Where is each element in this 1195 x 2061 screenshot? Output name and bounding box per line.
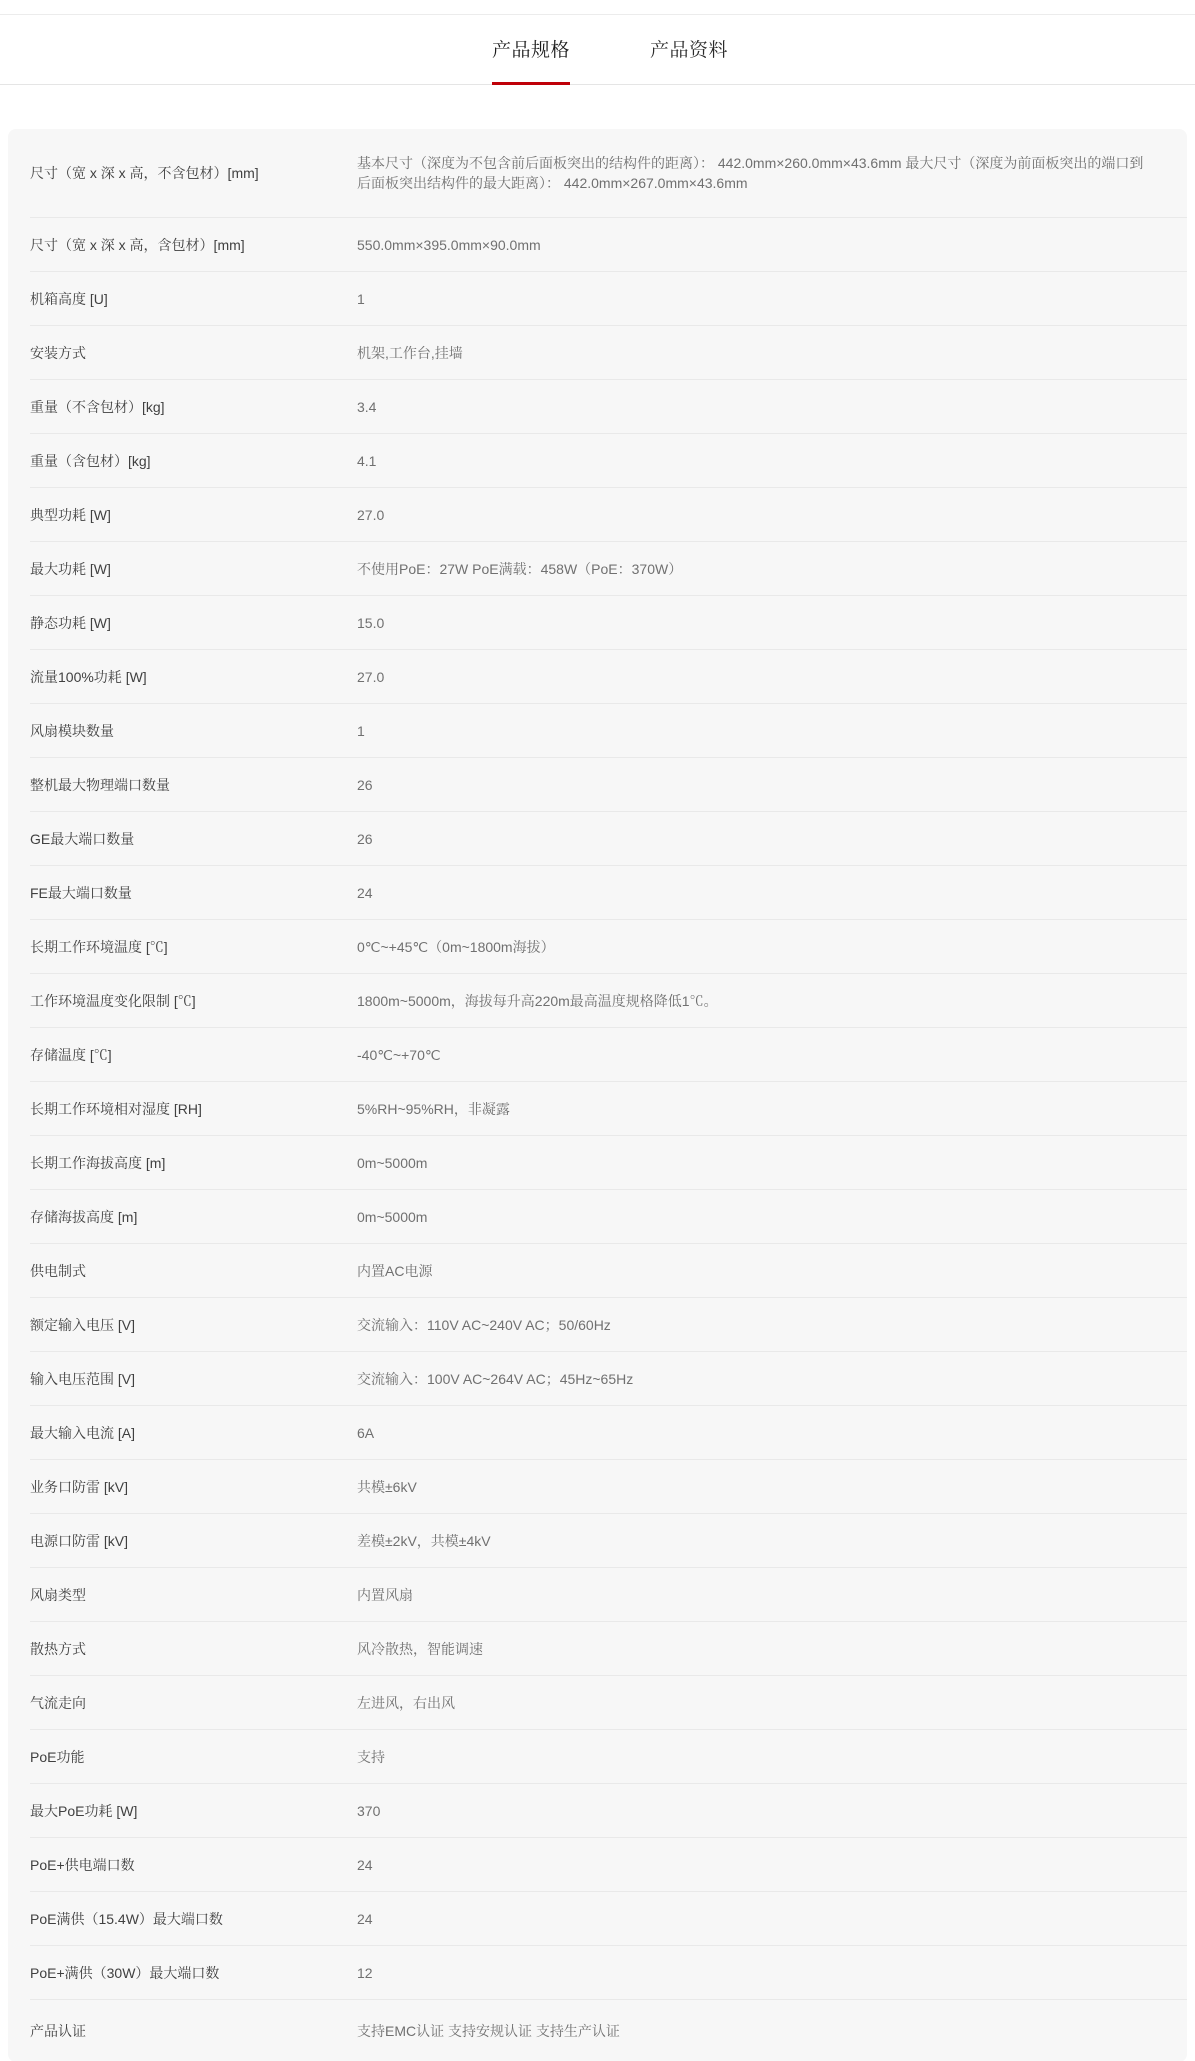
spec-row-label: PoE满供（15.4W）最大端口数 (30, 1901, 357, 1937)
spec-row: 重量（不含包材）[kg] 3.4 (30, 380, 1187, 434)
spec-row-label: 工作环境温度变化限制 [℃] (30, 983, 357, 1019)
spec-row: 存储温度 [℃] -40℃~+70℃ (30, 1028, 1187, 1082)
spec-row-label: GE最大端口数量 (30, 821, 357, 857)
spec-row-label: PoE功能 (30, 1739, 357, 1775)
spec-row-label: 存储温度 [℃] (30, 1037, 357, 1073)
spec-row-value: 15.0 (357, 604, 1155, 642)
spec-row-value: -40℃~+70℃ (357, 1036, 1155, 1074)
spec-row: 气流走向 左进风，右出风 (30, 1676, 1187, 1730)
spec-row: PoE+满供（30W）最大端口数 12 (30, 1946, 1187, 2000)
spec-row: 整机最大物理端口数量 26 (30, 758, 1187, 812)
spec-row: 供电制式 内置AC电源 (30, 1244, 1187, 1298)
spec-row-value: 370 (357, 1792, 1155, 1830)
spec-row-label: 产品认证 (30, 2013, 357, 2049)
spec-row-label: PoE+满供（30W）最大端口数 (30, 1955, 357, 1991)
spec-row-label: 尺寸（宽 x 深 x 高，含包材）[mm] (30, 227, 357, 263)
spec-row-label: 供电制式 (30, 1253, 357, 1289)
spec-row-value: 4.1 (357, 442, 1155, 480)
spec-row-value: 27.0 (357, 496, 1155, 534)
spec-row-value: 5%RH~95%RH，非凝露 (357, 1090, 1155, 1128)
spec-row-label: 电源口防雷 [kV] (30, 1523, 357, 1559)
spec-row-value: 6A (357, 1414, 1155, 1452)
tab-bar: 产品规格 产品资料 (0, 15, 1195, 84)
spec-row-label: 安装方式 (30, 335, 357, 371)
spec-row-label: 静态功耗 [W] (30, 605, 357, 641)
spec-row: PoE+供电端口数 24 (30, 1838, 1187, 1892)
spec-row-label: 散热方式 (30, 1631, 357, 1667)
spec-row: 输入电压范围 [V] 交流输入：100V AC~264V AC；45Hz~65H… (30, 1352, 1187, 1406)
spec-row: 流量100%功耗 [W] 27.0 (30, 650, 1187, 704)
spec-row-label: 气流走向 (30, 1685, 357, 1721)
spec-row: 尺寸（宽 x 深 x 高，含包材）[mm] 550.0mm×395.0mm×90… (30, 218, 1187, 272)
spec-row-label: 输入电压范围 [V] (30, 1361, 357, 1397)
spec-row-value: 不使用PoE：27W PoE满载：458W（PoE：370W） (357, 550, 1155, 588)
spec-row: 电源口防雷 [kV] 差模±2kV，共模±4kV (30, 1514, 1187, 1568)
spec-row-value: 交流输入：110V AC~240V AC；50/60Hz (357, 1306, 1155, 1344)
spec-row-label: 风扇类型 (30, 1577, 357, 1613)
spec-row-value: 内置风扇 (357, 1576, 1155, 1614)
spec-row-label: 尺寸（宽 x 深 x 高，不含包材）[mm] (30, 155, 357, 191)
tab-product-specs[interactable]: 产品规格 (492, 15, 570, 85)
spec-row: 机箱高度 [U] 1 (30, 272, 1187, 326)
spec-row: 最大输入电流 [A] 6A (30, 1406, 1187, 1460)
spec-row: 存储海拔高度 [m] 0m~5000m (30, 1190, 1187, 1244)
spec-row: PoE功能 支持 (30, 1730, 1187, 1784)
spec-row: FE最大端口数量 24 (30, 866, 1187, 920)
spec-row-label: 机箱高度 [U] (30, 281, 357, 317)
spec-row: 工作环境温度变化限制 [℃] 1800m~5000m，海拔每升高220m最高温度… (30, 974, 1187, 1028)
spec-row-value: 26 (357, 766, 1155, 804)
spec-row-label: 额定输入电压 [V] (30, 1307, 357, 1343)
spec-row-value: 交流输入：100V AC~264V AC；45Hz~65Hz (357, 1360, 1155, 1398)
spec-row: 散热方式 风冷散热，智能调速 (30, 1622, 1187, 1676)
spec-row-value: 24 (357, 874, 1155, 912)
spec-row: 风扇类型 内置风扇 (30, 1568, 1187, 1622)
spec-row: 长期工作环境相对湿度 [RH] 5%RH~95%RH，非凝露 (30, 1082, 1187, 1136)
spec-row-value: 支持EMC认证 支持安规认证 支持生产认证 (357, 2012, 1155, 2050)
spec-row-value: 24 (357, 1900, 1155, 1938)
spec-row-value: 1 (357, 712, 1155, 750)
spec-row-value: 0m~5000m (357, 1144, 1155, 1182)
spec-row: 额定输入电压 [V] 交流输入：110V AC~240V AC；50/60Hz (30, 1298, 1187, 1352)
spec-row-label: 长期工作环境相对湿度 [RH] (30, 1091, 357, 1127)
spec-row-value: 差模±2kV，共模±4kV (357, 1522, 1155, 1560)
spec-row: 安装方式 机架,工作台,挂墙 (30, 326, 1187, 380)
spec-table: 尺寸（宽 x 深 x 高，不含包材）[mm] 基本尺寸（深度为不包含前后面板突出… (8, 129, 1187, 2061)
spec-row-value: 共模±6kV (357, 1468, 1155, 1506)
spec-row-value: 机架,工作台,挂墙 (357, 334, 1155, 372)
tab-bar-container: 产品规格 产品资料 (0, 14, 1195, 85)
spec-row: 典型功耗 [W] 27.0 (30, 488, 1187, 542)
spec-row-value: 550.0mm×395.0mm×90.0mm (357, 226, 1155, 264)
spec-row-value: 1800m~5000m，海拔每升高220m最高温度规格降低1℃。 (357, 982, 1155, 1020)
spec-row-label: 业务口防雷 [kV] (30, 1469, 357, 1505)
spec-row-label: 最大功耗 [W] (30, 551, 357, 587)
spec-row: 尺寸（宽 x 深 x 高，不含包材）[mm] 基本尺寸（深度为不包含前后面板突出… (30, 129, 1187, 218)
spec-row-value: 12 (357, 1954, 1155, 1992)
spec-row: GE最大端口数量 26 (30, 812, 1187, 866)
spec-row: 静态功耗 [W] 15.0 (30, 596, 1187, 650)
spec-row: 长期工作海拔高度 [m] 0m~5000m (30, 1136, 1187, 1190)
spec-row-label: 重量（不含包材）[kg] (30, 389, 357, 425)
spec-row-value: 风冷散热，智能调速 (357, 1630, 1155, 1668)
spec-row-label: 存储海拔高度 [m] (30, 1199, 357, 1235)
spec-row: 业务口防雷 [kV] 共模±6kV (30, 1460, 1187, 1514)
spec-row-label: 流量100%功耗 [W] (30, 659, 357, 695)
spec-row-value: 内置AC电源 (357, 1252, 1155, 1290)
spec-row-label: 最大输入电流 [A] (30, 1415, 357, 1451)
spec-row-label: 风扇模块数量 (30, 713, 357, 749)
spec-row-label: 重量（含包材）[kg] (30, 443, 357, 479)
spec-row: 风扇模块数量 1 (30, 704, 1187, 758)
spec-row-label: FE最大端口数量 (30, 875, 357, 911)
spec-row-value: 基本尺寸（深度为不包含前后面板突出的结构件的距离）： 442.0mm×260.0… (357, 144, 1155, 202)
spec-row-label: 最大PoE功耗 [W] (30, 1793, 357, 1829)
spec-row-value: 3.4 (357, 388, 1155, 426)
spec-row-label: 长期工作海拔高度 [m] (30, 1145, 357, 1181)
spec-row-label: 整机最大物理端口数量 (30, 767, 357, 803)
spec-row-label: 典型功耗 [W] (30, 497, 357, 533)
spec-row-value: 0℃~+45℃（0m~1800m海拔） (357, 928, 1155, 966)
spec-row: 最大功耗 [W] 不使用PoE：27W PoE满载：458W（PoE：370W） (30, 542, 1187, 596)
tab-product-docs[interactable]: 产品资料 (650, 15, 728, 85)
spec-row: 长期工作环境温度 [℃] 0℃~+45℃（0m~1800m海拔） (30, 920, 1187, 974)
spec-row-value: 支持 (357, 1738, 1155, 1776)
spec-row-value: 1 (357, 280, 1155, 318)
spec-row-value: 左进风，右出风 (357, 1684, 1155, 1722)
spec-row-label: PoE+供电端口数 (30, 1847, 357, 1883)
spec-row: 最大PoE功耗 [W] 370 (30, 1784, 1187, 1838)
spec-row-value: 0m~5000m (357, 1198, 1155, 1236)
spec-row-value: 26 (357, 820, 1155, 858)
spec-row: 重量（含包材）[kg] 4.1 (30, 434, 1187, 488)
spec-row: 产品认证 支持EMC认证 支持安规认证 支持生产认证 (30, 2000, 1187, 2061)
spec-row: PoE满供（15.4W）最大端口数 24 (30, 1892, 1187, 1946)
spec-row-label: 长期工作环境温度 [℃] (30, 929, 357, 965)
spec-row-value: 24 (357, 1846, 1155, 1884)
spec-row-value: 27.0 (357, 658, 1155, 696)
